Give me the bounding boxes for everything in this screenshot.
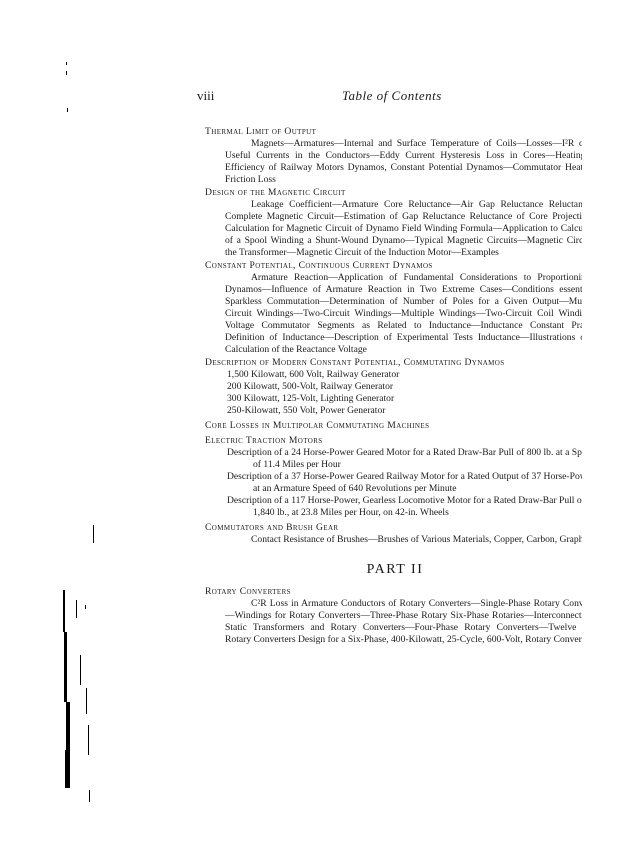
scan-artifact	[93, 525, 94, 543]
part-title: PART II	[205, 564, 582, 576]
toc-heading-constant-potential: Constant Potential, Continuous Current D…	[205, 260, 582, 272]
toc-item: Description of a 37 Horse-Power Geared R…	[205, 471, 582, 495]
toc-heading-thermal-limit: Thermal Limit of Output	[205, 126, 582, 138]
page-number: viii	[197, 88, 214, 104]
toc-heading-rotary-converters: Rotary Converters	[205, 586, 582, 598]
toc-entry-thermal-limit: Magnets—Armatures—Internal and Surface T…	[205, 138, 582, 186]
toc-heading-commutators: Commutators and Brush Gear	[205, 522, 582, 534]
toc-heading-magnetic-circuit: Design of the Magnetic Circuit	[205, 187, 582, 199]
scan-artifact	[86, 688, 87, 714]
scan-artifact	[65, 750, 70, 788]
page-header: viii Table of Contents	[197, 88, 582, 104]
toc-item: 200 Kilowatt, 500-Volt, Railway Generato…	[205, 381, 582, 393]
table-of-contents: Thermal Limit of Output Magnets—Armature…	[205, 125, 582, 646]
toc-entry-rotary-converters: C²R Loss in Armature Conductors of Rotar…	[205, 598, 582, 646]
toc-entry-constant-potential: Armature Reaction—Application of Fundame…	[205, 272, 582, 356]
toc-heading-modern-dynamos: Description of Modern Constant Potential…	[205, 357, 582, 369]
toc-item: 300 Kilowatt, 125-Volt, Lighting Generat…	[205, 393, 582, 405]
toc-item: 1,500 Kilowatt, 600 Volt, Railway Genera…	[205, 369, 582, 381]
toc-item: Description of a 117 Horse-Power, Gearle…	[205, 495, 582, 519]
scan-artifact	[66, 71, 67, 75]
toc-item: Description of a 24 Horse-Power Geared M…	[205, 447, 582, 471]
toc-heading-core-losses: Core Losses in Multipolar Commutating Ma…	[205, 420, 582, 432]
scan-artifact	[64, 632, 67, 702]
scan-artifact	[76, 600, 77, 618]
scan-artifact	[67, 108, 68, 112]
toc-item: 250-Kilowatt, 550 Volt, Power Generator	[205, 405, 582, 417]
scan-artifact	[63, 590, 65, 632]
scan-artifact	[89, 790, 90, 802]
scan-artifact	[88, 725, 89, 755]
toc-entry-commutators: Contact Resistance of Brushes—Brushes of…	[205, 534, 582, 546]
toc-heading-traction-motors: Electric Traction Motors	[205, 435, 582, 447]
scan-artifact	[85, 605, 86, 609]
running-title: Table of Contents	[342, 88, 442, 104]
toc-entry-magnetic-circuit: Leakage Coefficient—Armature Core Reluct…	[205, 199, 582, 259]
scan-artifact	[66, 62, 67, 65]
scan-artifact	[80, 655, 81, 685]
